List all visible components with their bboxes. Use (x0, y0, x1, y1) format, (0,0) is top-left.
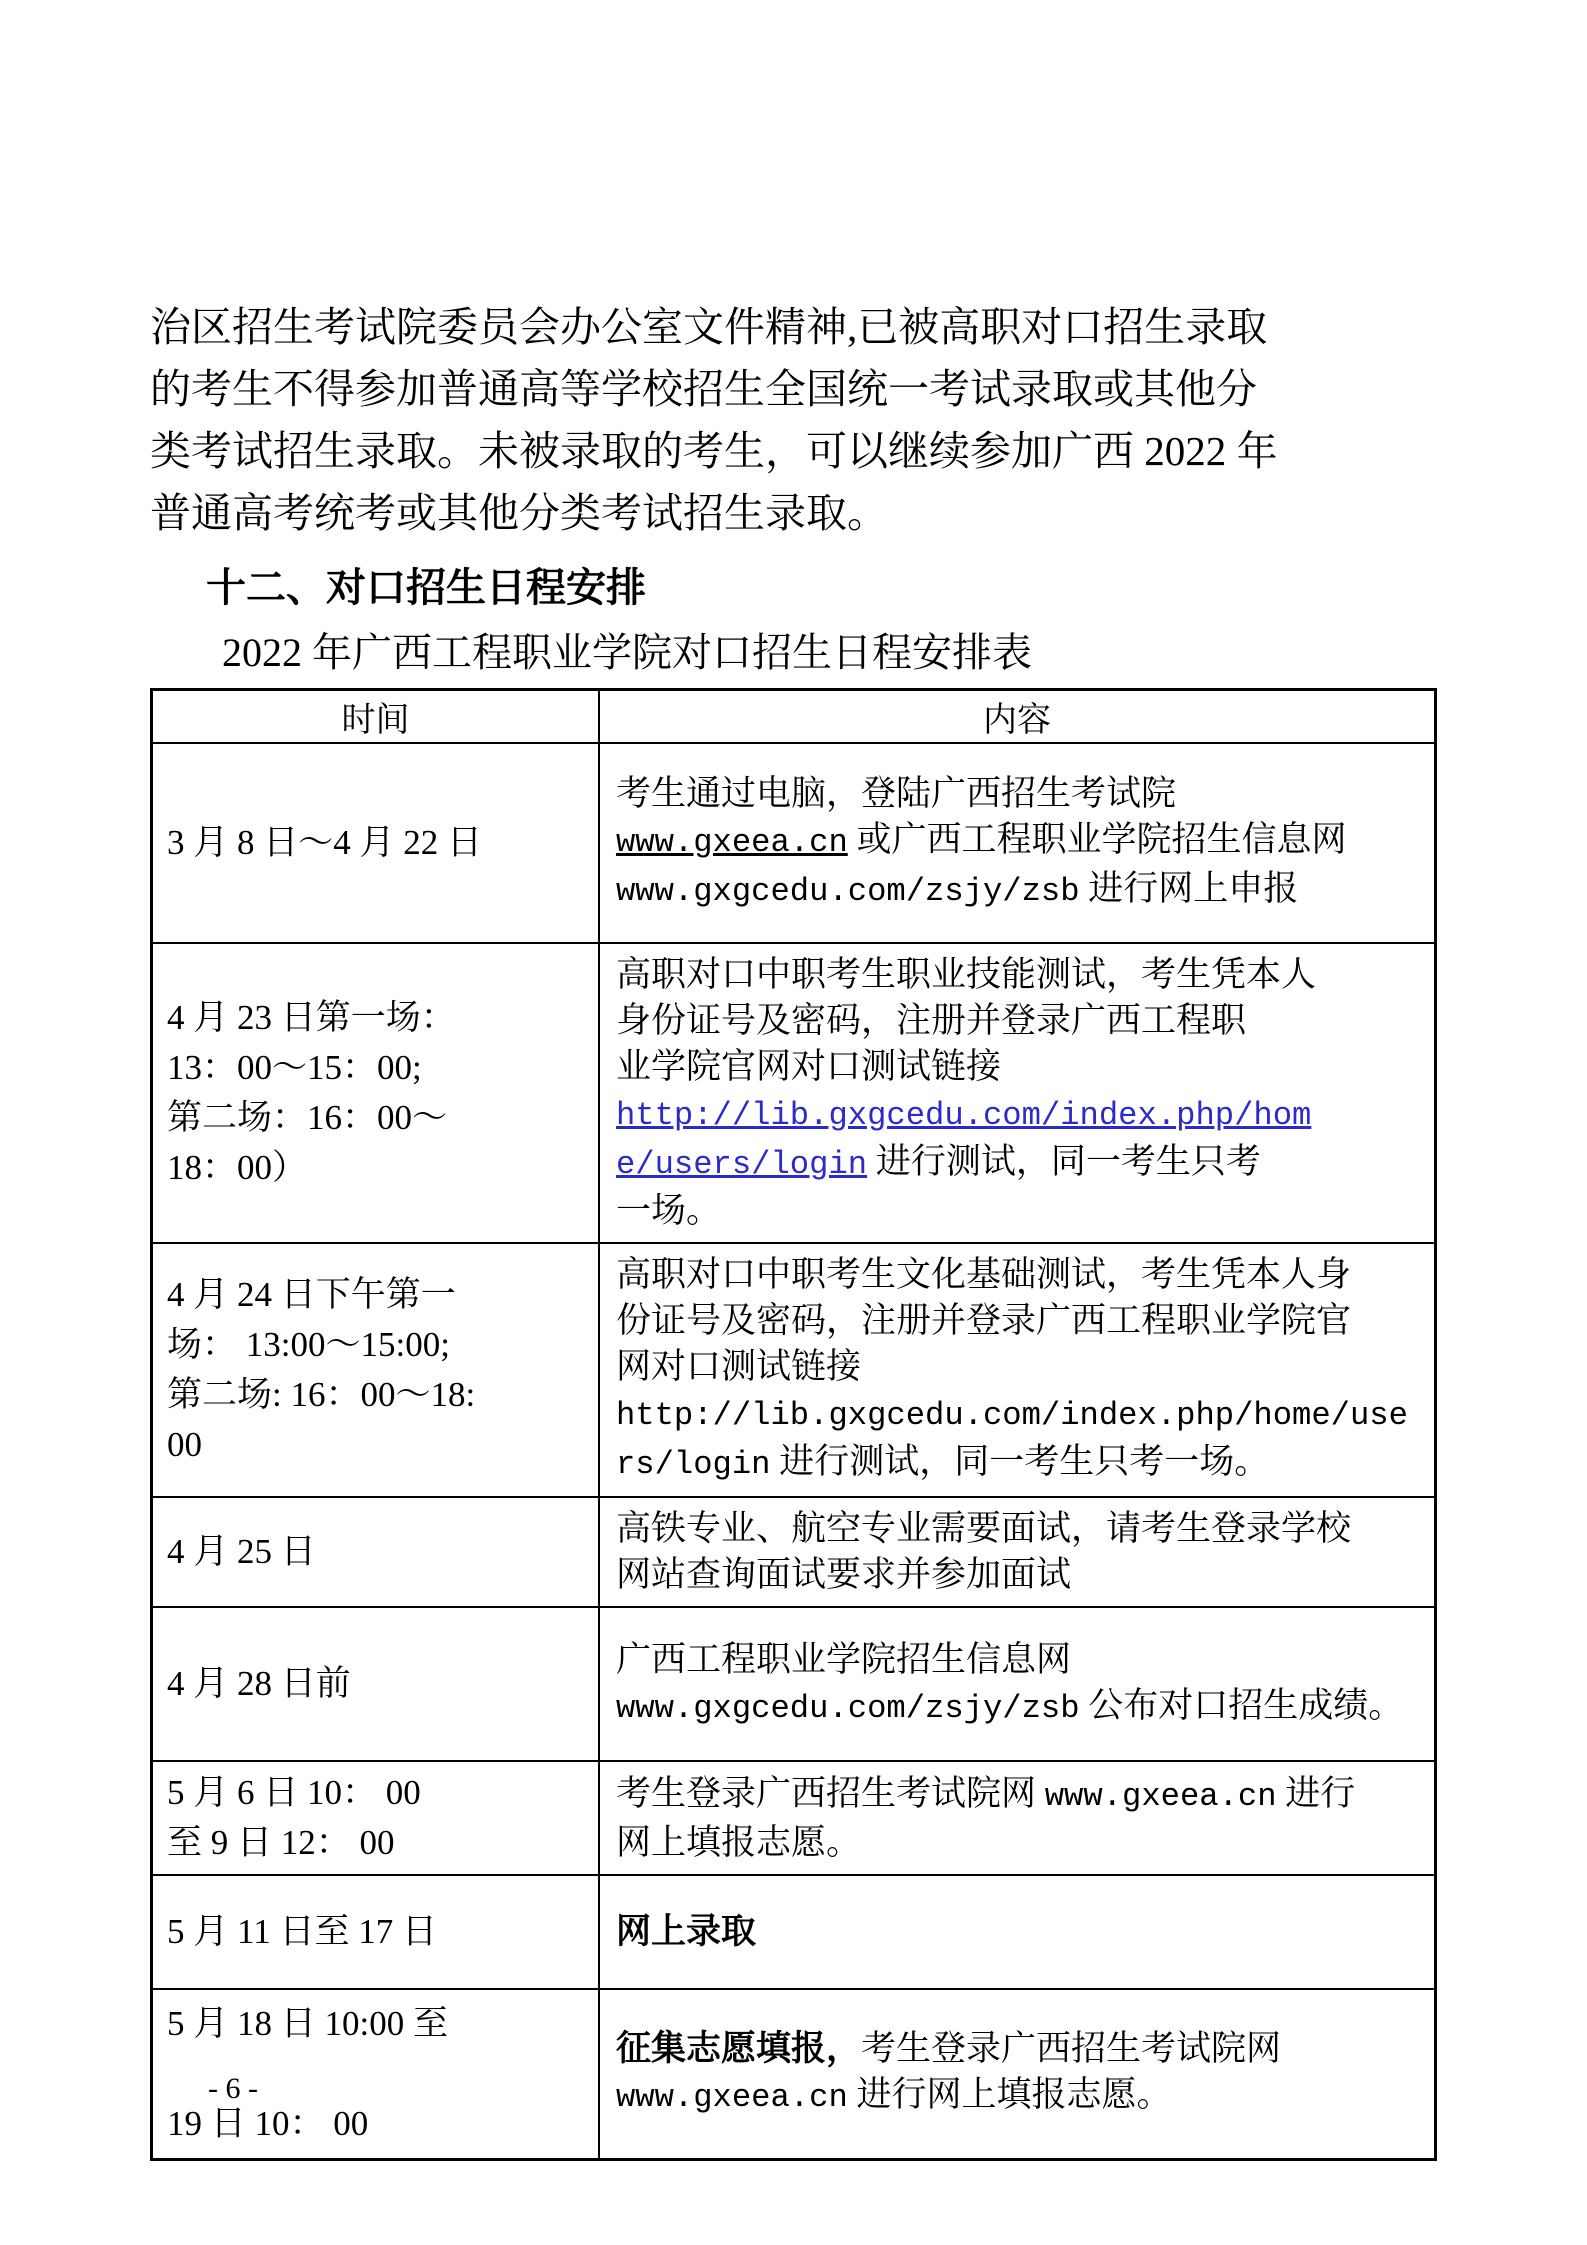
text-segment: 进行网上填报志愿。 (848, 2075, 1172, 2114)
gxeea-url-text: www.gxeea.cn (1045, 1778, 1277, 1815)
table-row: 3 月 8 日～4 月 22 日考生通过电脑，登陆广西招生考试院 www.gxe… (152, 743, 1436, 943)
table-row: 5 月 11 日至 17 日网上录取 (152, 1875, 1436, 1989)
text-segment: 考生登录广西招生考试院网 (616, 1774, 1045, 1813)
text-segment: 考生登录广西招生考试院网 (861, 2029, 1281, 2068)
text-segment: 或广西工程职业学院招生信息网 (848, 820, 1347, 859)
content-cell: 高铁专业、航空专业需要面试，请考生登录学校 网站查询面试要求并参加面试 (599, 1497, 1436, 1607)
document-page: 治区招生考试院委员会办公室文件精神,已被高职对口招生录取 的考生不得参加普通高等… (150, 0, 1437, 2161)
table-row: 4 月 28 日前广西工程职业学院招生信息网 www.gxgcedu.com/z… (152, 1607, 1436, 1761)
time-cell: 5 月 6 日 10： 00 至 9 日 12： 00 (152, 1761, 599, 1875)
section-heading: 十二、对口招生日程安排 (150, 560, 1437, 616)
schedule-table-header: 时间 内容 (152, 690, 1436, 744)
content-cell: 广西工程职业学院招生信息网 www.gxgcedu.com/zsjy/zsb 公… (599, 1607, 1436, 1761)
content-cell: 网上录取 (599, 1875, 1436, 1989)
gxeea-url-text: www.gxeea.cn (616, 824, 848, 861)
schedule-table-body: 3 月 8 日～4 月 22 日考生通过电脑，登陆广西招生考试院 www.gxe… (152, 743, 1436, 2159)
table-row: 4 月 25 日高铁专业、航空专业需要面试，请考生登录学校 网站查询面试要求并参… (152, 1497, 1436, 1607)
header-row: 时间 内容 (152, 690, 1436, 744)
column-header-time: 时间 (152, 690, 599, 744)
gxeea-url-text: www.gxeea.cn (616, 2079, 848, 2116)
gxgcedu-url-text: www.gxgcedu.com/zsjy/zsb (616, 873, 1080, 910)
content-cell: 征集志愿填报，考生登录广西招生考试院网 www.gxeea.cn 进行网上填报志… (599, 1989, 1436, 2159)
text-segment: 公布对口招生成绩。 (1080, 1686, 1404, 1725)
time-cell: 4 月 23 日第一场： 13：00～15：00; 第二场：16：00～ 18：… (152, 943, 599, 1243)
text-segment: 网上录取 (616, 1912, 756, 1951)
table-row: 4 月 23 日第一场： 13：00～15：00; 第二场：16：00～ 18：… (152, 943, 1436, 1243)
page-number: - 6 - (208, 2072, 258, 2106)
text-segment: 征集志愿填报， (616, 2029, 861, 2068)
content-cell: 考生通过电脑，登陆广西招生考试院 www.gxeea.cn 或广西工程职业学院招… (599, 743, 1436, 943)
content-cell: 高职对口中职考生职业技能测试，考生凭本人 身份证号及密码，注册并登录广西工程职 … (599, 943, 1436, 1243)
time-cell: 5 月 11 日至 17 日 (152, 1875, 599, 1989)
text-segment: 进行测试，同一考生只考一场。 (771, 1442, 1270, 1481)
content-cell: 考生登录广西招生考试院网 www.gxeea.cn 进行 网上填报志愿。 (599, 1761, 1436, 1875)
column-header-content: 内容 (599, 690, 1436, 744)
text-segment: 考生通过电脑，登陆广西招生考试院 (616, 774, 1176, 813)
table-row: 5 月 18 日 10:00 至 19 日 10： 00征集志愿填报，考生登录广… (152, 1989, 1436, 2159)
table-caption: 2022 年广西工程职业学院对口招生日程安排表 (150, 626, 1437, 680)
gxgcedu-url-text: www.gxgcedu.com/zsjy/zsb (616, 1690, 1080, 1727)
time-cell: 4 月 25 日 (152, 1497, 599, 1607)
time-cell: 4 月 24 日下午第一 场： 13:00～15:00; 第二场: 16：00～… (152, 1243, 599, 1497)
time-cell: 3 月 8 日～4 月 22 日 (152, 743, 599, 943)
content-cell: 高职对口中职考生文化基础测试，考生凭本人身 份证号及密码，注册并登录广西工程职业… (599, 1243, 1436, 1497)
text-segment: 进行网上申报 (1080, 869, 1299, 908)
text-segment: 高铁专业、航空专业需要面试，请考生登录学校 网站查询面试要求并参加面试 (616, 1509, 1351, 1594)
text-segment: 高职对口中职考生职业技能测试，考生凭本人 身份证号及密码，注册并登录广西工程职 … (616, 955, 1316, 1086)
table-row: 5 月 6 日 10： 00 至 9 日 12： 00考生登录广西招生考试院网 … (152, 1761, 1436, 1875)
text-segment: 广西工程职业学院招生信息网 (616, 1640, 1071, 1679)
table-row: 4 月 24 日下午第一 场： 13:00～15:00; 第二场: 16：00～… (152, 1243, 1436, 1497)
intro-paragraph: 治区招生考试院委员会办公室文件精神,已被高职对口招生录取 的考生不得参加普通高等… (150, 296, 1437, 544)
time-cell: 4 月 28 日前 (152, 1607, 599, 1761)
text-segment: 高职对口中职考生文化基础测试，考生凭本人身 份证号及密码，注册并登录广西工程职业… (616, 1255, 1351, 1386)
schedule-table: 时间 内容 3 月 8 日～4 月 22 日考生通过电脑，登陆广西招生考试院 w… (150, 688, 1437, 2161)
